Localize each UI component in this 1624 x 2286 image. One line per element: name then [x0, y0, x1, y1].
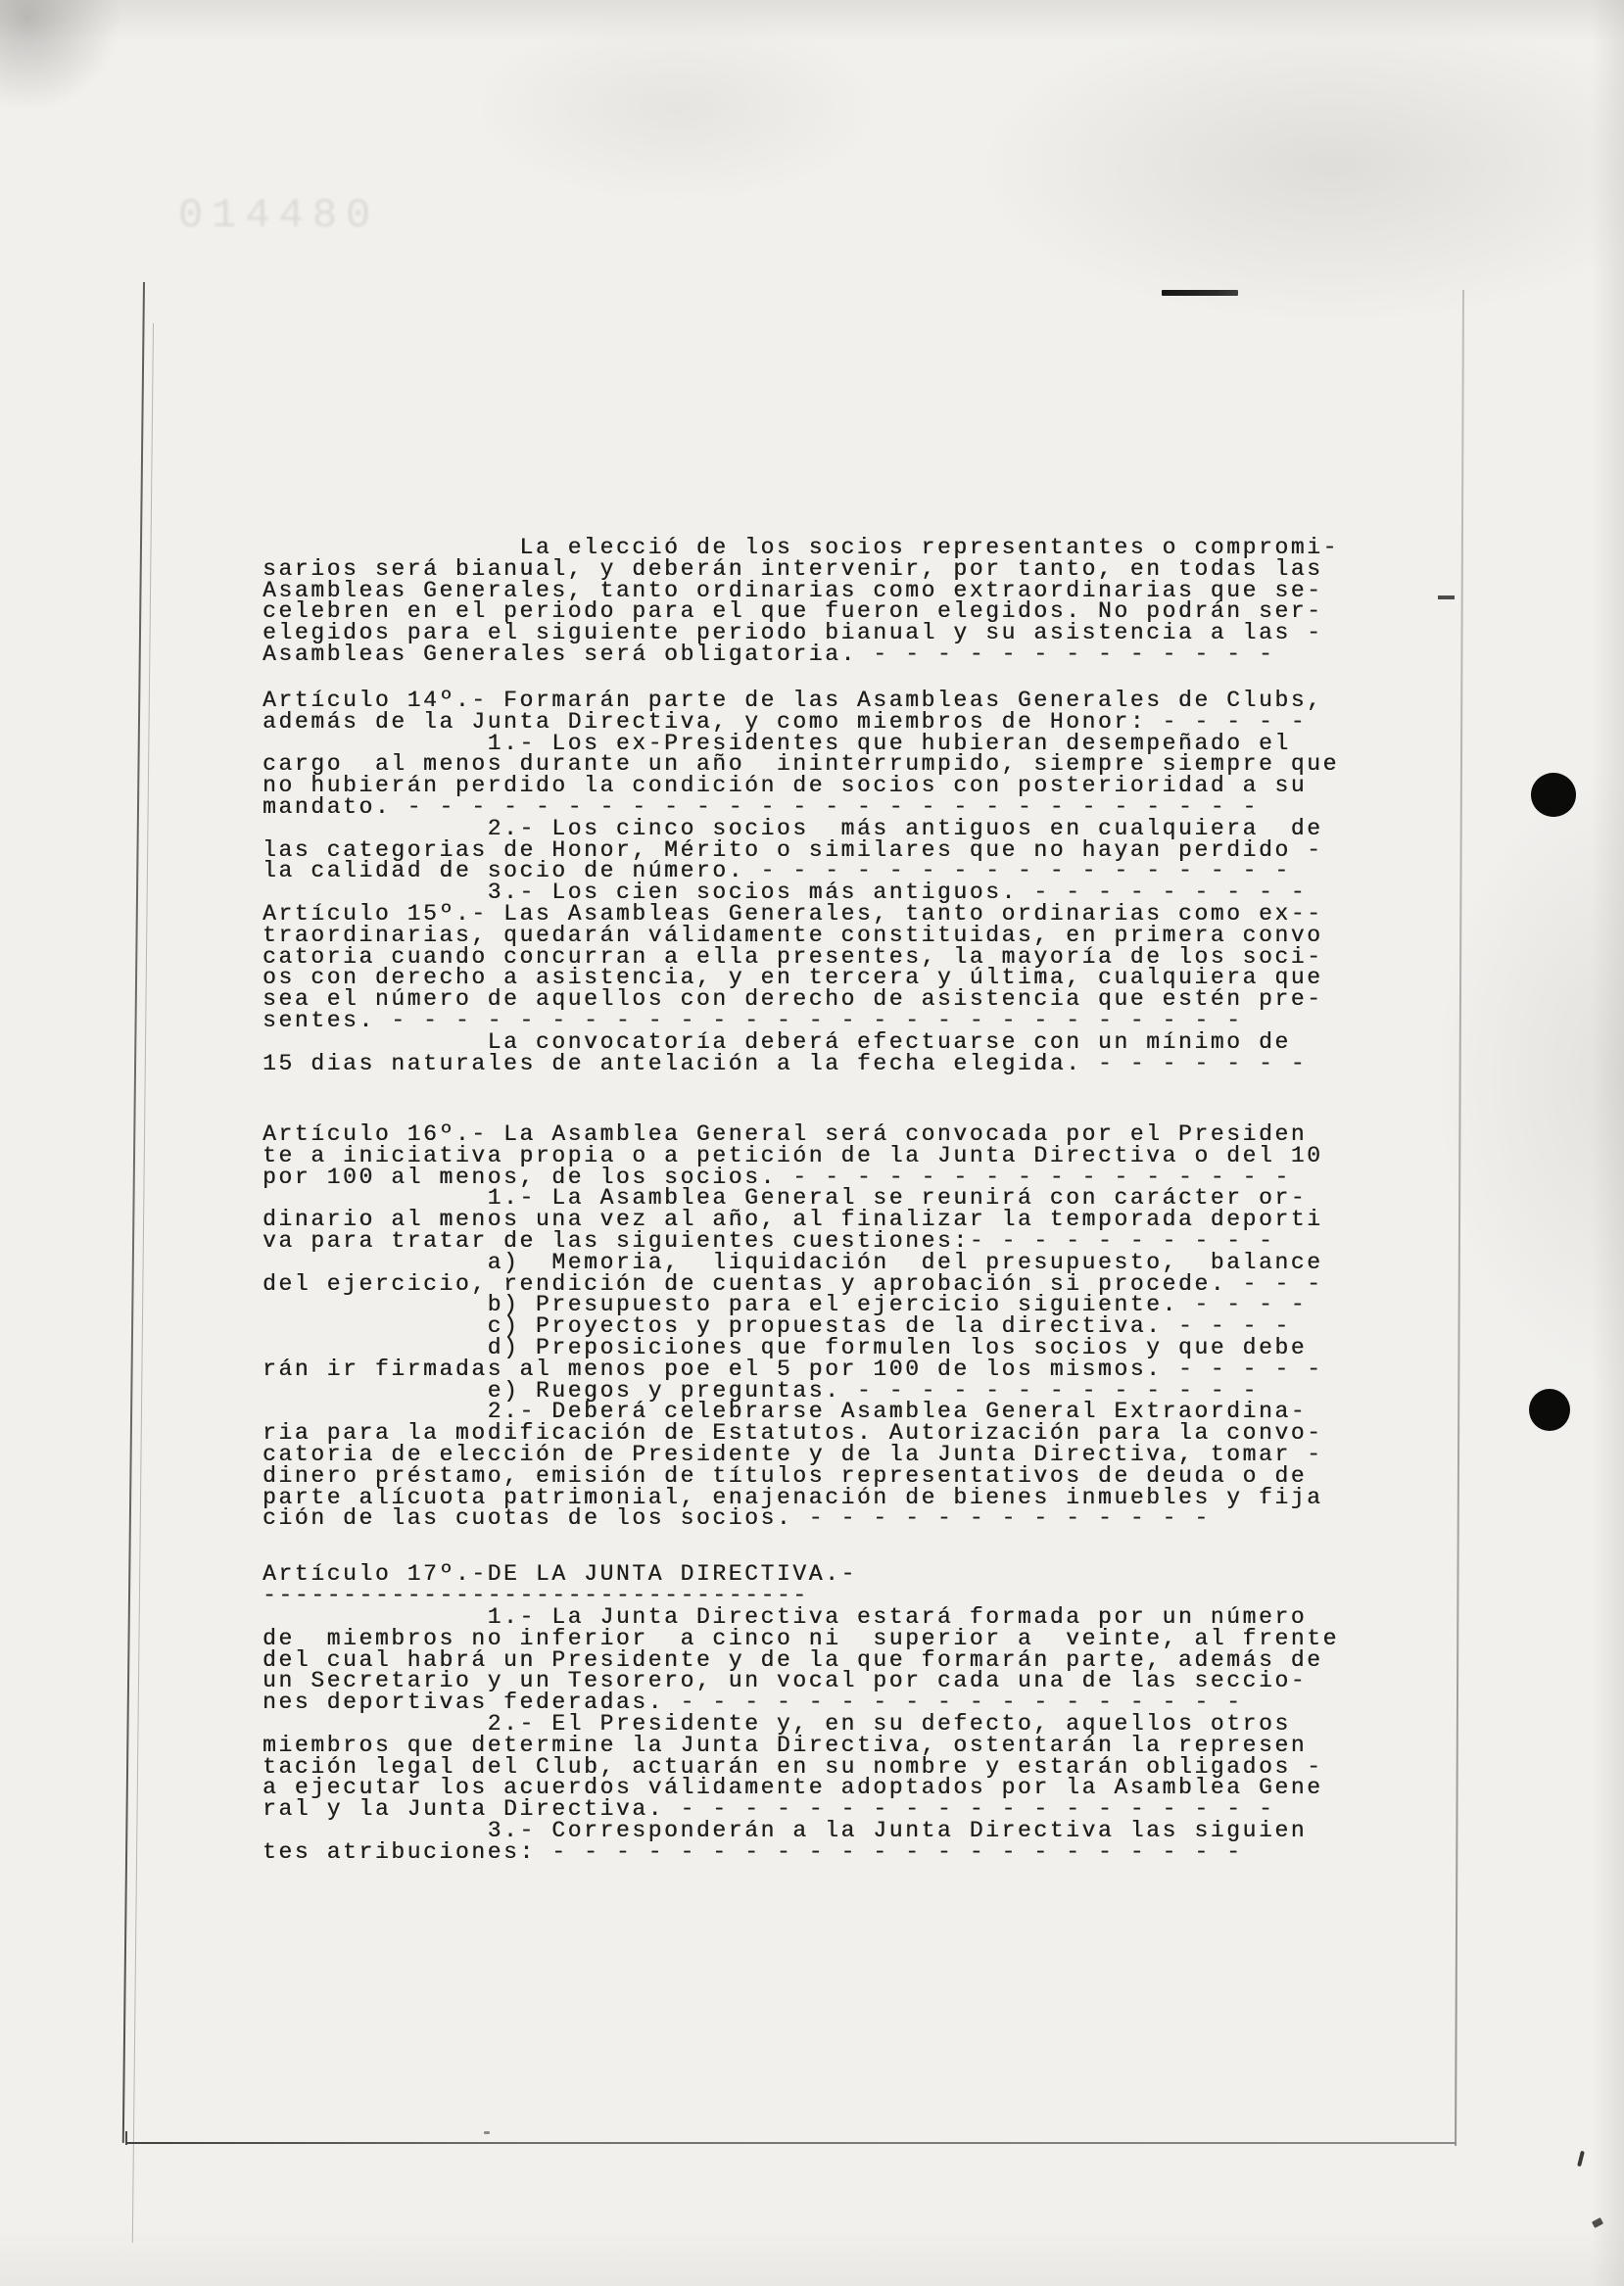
page-edge-right-line — [1455, 290, 1464, 2146]
scanned-document-page: 014480 La elecció de los socios represen… — [0, 0, 1624, 2286]
margin-tick-mark — [1438, 595, 1455, 599]
black-dot-marker-top — [1531, 773, 1576, 817]
scan-speck — [1592, 2217, 1603, 2228]
page-edge-bottom-line — [127, 2142, 1457, 2144]
page-edge-left-line — [122, 282, 145, 2143]
intro-paragraph: La elecció de los socios representantes … — [263, 538, 1339, 666]
page-edge-corner-hook — [125, 2131, 127, 2145]
article-17-items: 1.- La Junta Directiva estará formada po… — [263, 1607, 1339, 1864]
scan-speck — [484, 2131, 490, 2134]
black-dot-marker-bottom — [1529, 1389, 1570, 1431]
scan-speck — [1577, 2151, 1585, 2167]
article-17-heading: Artículo 17º.-DE LA JUNTA DIRECTIVA.- --… — [263, 1564, 857, 1607]
ghost-imprint: 014480 — [178, 192, 379, 239]
article-14-15-text: Artículo 14º.- Formarán parte de las Asa… — [263, 691, 1339, 1074]
bold-dash-mark — [1162, 290, 1238, 296]
article-16-text: Artículo 16º.- La Asamblea General será … — [263, 1124, 1323, 1530]
page-edge-left-outer-line — [132, 323, 154, 2243]
